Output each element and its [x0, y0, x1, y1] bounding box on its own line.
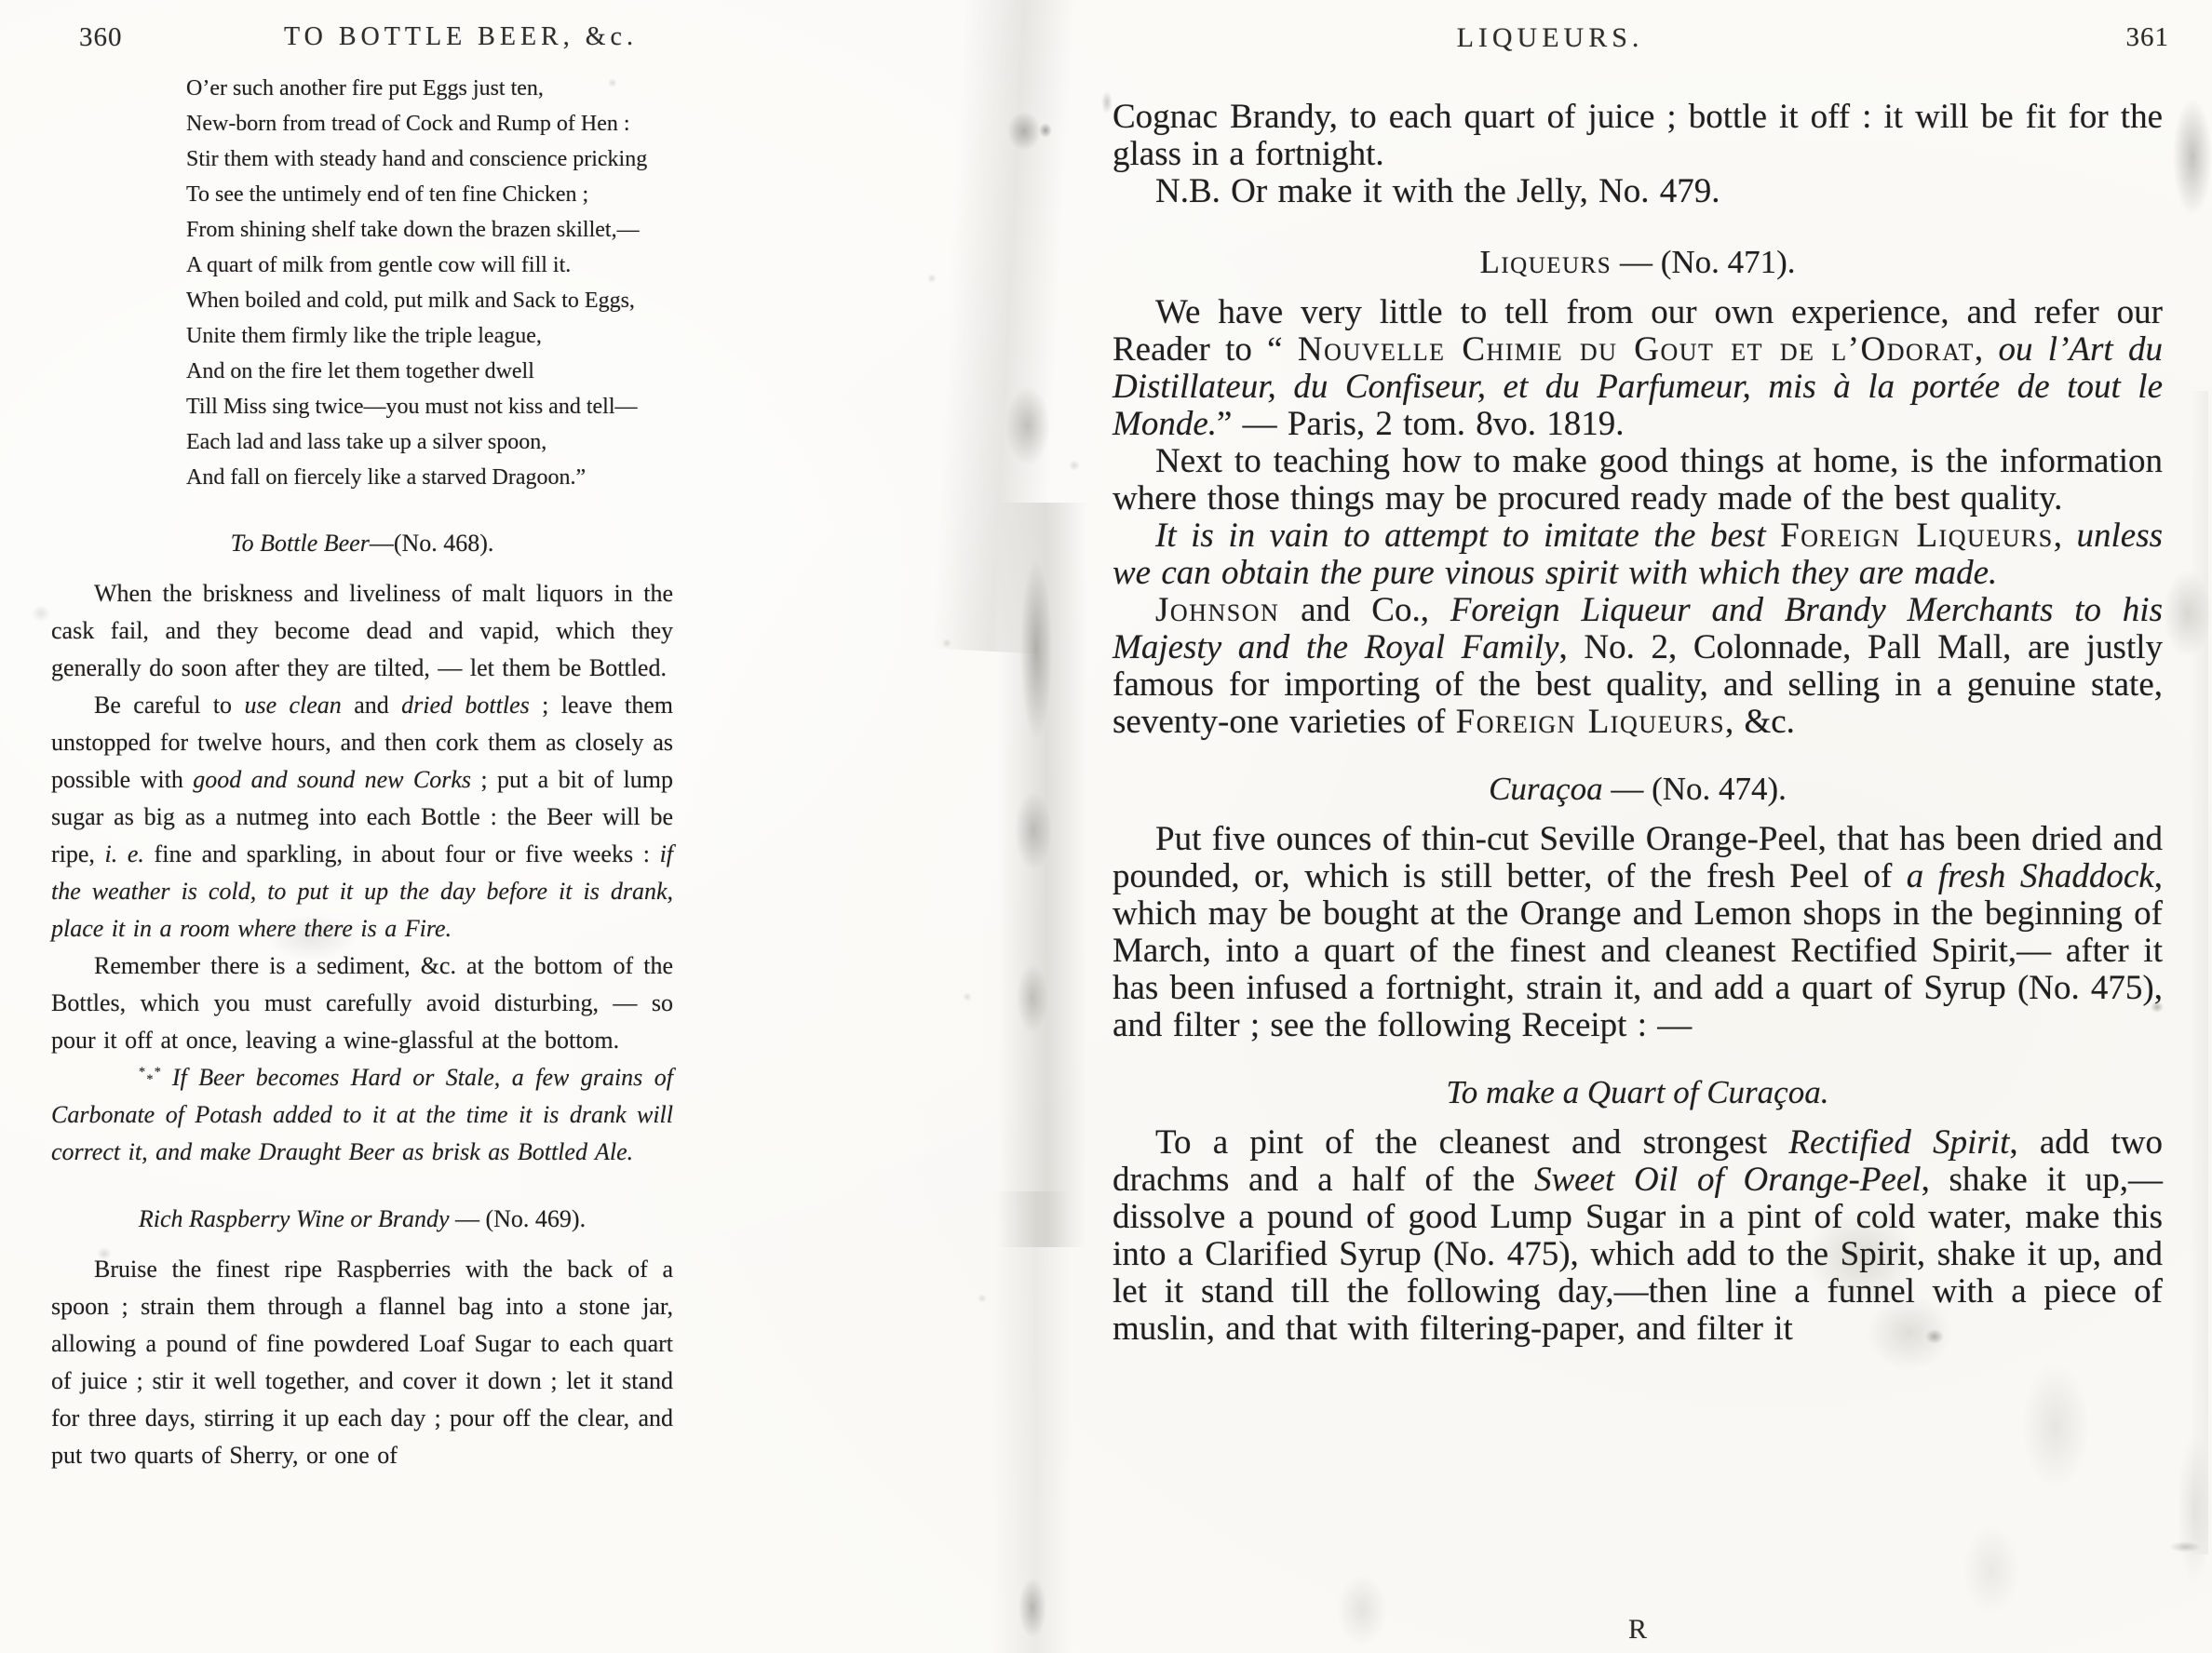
section-heading: Liqueurs — (No. 471). — [1113, 242, 2163, 283]
text-segment: — (No. 471). — [1612, 244, 1795, 280]
stain — [2190, 391, 2208, 1554]
verse-line: O’er such another fire put Eggs just ten… — [186, 71, 673, 106]
right-page: Cognac Brandy, to each quart of juice ; … — [1113, 0, 2163, 1348]
text-segment: Curaçoa — [1489, 771, 1603, 807]
text-segment: Rectified Spirit — [1788, 1123, 2009, 1162]
verse-line: From shining shelf take down the brazen … — [186, 212, 673, 248]
stain — [32, 605, 50, 622]
verse-line: A quart of milk from gentle cow will fil… — [186, 248, 673, 283]
paragraph: * **If Beer becomes Hard or Stale, a few… — [51, 1059, 673, 1171]
stain — [978, 1294, 987, 1303]
text-segment: Foreign Liqueurs — [1456, 703, 1725, 741]
text-segment: and Co., — [1279, 591, 1450, 629]
text-segment: Cognac Brandy, to each quart of juice ; … — [1113, 98, 2163, 173]
text-segment: Next to teaching how to make good things… — [1113, 442, 2163, 517]
paragraph: Remember there is a sediment, &c. at the… — [51, 947, 673, 1059]
stain — [1101, 91, 1113, 114]
gutter-shadow — [992, 1191, 1072, 1653]
verse-line: To see the untimely end of ten fine Chic… — [186, 177, 673, 212]
stain — [2164, 570, 2212, 657]
stain — [1962, 1525, 2020, 1616]
text-segment: When the briskness and liveliness of mal… — [51, 580, 673, 681]
gutter-shadow — [998, 503, 1086, 1247]
gutter-shadow — [930, 0, 1078, 654]
section-heading: To Bottle Beer—(No. 468). — [51, 523, 673, 564]
stain — [1007, 112, 1041, 151]
text-segment: Be careful to — [94, 692, 244, 719]
verse-line: And on the fire let them together dwell — [186, 354, 673, 389]
text-segment: Bruise the finest ripe Raspberries with … — [51, 1256, 673, 1469]
text-segment: good and sound new Corks — [193, 766, 471, 793]
text-segment: — (No. 469). — [450, 1205, 587, 1232]
verse-line: And fall on fiercely like a starved Drag… — [186, 460, 673, 495]
text-segment: N.B. Or make it with the Jelly, No. 479. — [1155, 172, 1720, 210]
paragraph: Cognac Brandy, to each quart of juice ; … — [1113, 99, 2163, 173]
asterism-mark: * ** — [96, 1069, 163, 1084]
text-segment: ” — Paris, 2 tom. 8vo. 1819. — [1217, 405, 1624, 443]
stain — [963, 992, 972, 1001]
text-segment: To make a Quart of Curaçoa. — [1447, 1074, 1829, 1110]
text-segment: Liqueurs — [1479, 244, 1612, 280]
stain — [1069, 460, 1080, 471]
text-segment: use clean — [244, 692, 341, 719]
text-segment: i. e. — [105, 840, 144, 867]
text-segment: , — [1975, 330, 1999, 369]
verse-line: Each lad and lass take up a silver spoon… — [186, 424, 673, 460]
stain — [1005, 386, 1050, 465]
paragraph: Next to teaching how to make good things… — [1113, 443, 2163, 517]
text-segment: , &c. — [1725, 703, 1795, 741]
stain — [1017, 963, 1048, 1033]
stain — [942, 638, 951, 648]
paragraph: Be careful to use clean and dried bottle… — [51, 687, 673, 947]
text-segment: To a pint of the cleanest and strongest — [1155, 1123, 1788, 1162]
stain — [1039, 123, 1052, 138]
text-segment: Sweet Oil of Orange-Peel — [1534, 1161, 1922, 1199]
text-segment: Remember there is a sediment, &c. at the… — [51, 952, 673, 1054]
paragraph: To a pint of the cleanest and strongest … — [1113, 1124, 2163, 1348]
text-segment: —(No. 468). — [370, 530, 494, 557]
section-heading: To make a Quart of Curaçoa. — [1113, 1072, 2163, 1113]
verse-line: Till Miss sing twice—you must not kiss a… — [186, 389, 673, 424]
left-page: O’er such another fire put Eggs just ten… — [51, 0, 673, 1474]
paragraph: It is in vain to attempt to imitate the … — [1113, 517, 2163, 592]
stain — [927, 274, 937, 283]
stain — [2022, 1364, 2089, 1489]
stain — [1020, 558, 1052, 740]
text-segment: It is in vain to attempt to imitate the … — [1155, 517, 1780, 555]
stain — [2169, 1541, 2201, 1552]
signature-mark: R — [1113, 1614, 2163, 1646]
verse-block: O’er such another fire put Eggs just ten… — [186, 71, 673, 495]
stain — [2173, 99, 2212, 216]
section-heading: Curaçoa — (No. 474). — [1113, 769, 2163, 810]
text-segment: — (No. 474). — [1603, 771, 1787, 807]
paragraph: Put five ounces of thin-cut Seville Oran… — [1113, 821, 2163, 1044]
stain — [2177, 1433, 2212, 1587]
paragraph: When the briskness and liveliness of mal… — [51, 575, 673, 687]
section-heading: Rich Raspberry Wine or Brandy — (No. 469… — [51, 1199, 673, 1240]
stain — [1018, 1578, 1046, 1638]
text-segment: dried bottles — [401, 692, 530, 719]
verse-line: New-born from tread of Cock and Rump of … — [186, 106, 673, 141]
paragraph: Johnson and Co., Foreign Liqueur and Bra… — [1113, 592, 2163, 741]
text-segment: To Bottle Beer — [231, 530, 370, 557]
verse-line: When boiled and cold, put milk and Sack … — [186, 283, 673, 318]
paragraph: Bruise the finest ripe Raspberries with … — [51, 1251, 673, 1474]
text-segment: fine and sparkling, in about four or fiv… — [144, 840, 660, 867]
text-segment: a fresh Shaddock — [1907, 857, 2154, 895]
paragraph: We have very little to tell from our own… — [1113, 294, 2163, 443]
text-segment: Nouvelle Chimie du Gout et de l’Odorat — [1298, 330, 1975, 369]
verse-line: Unite them firmly like the triple league… — [186, 318, 673, 354]
text-segment: Johnson — [1155, 591, 1279, 629]
asterism-row: * — [96, 1077, 163, 1084]
text-segment: , — [2054, 517, 2077, 555]
paragraph: N.B. Or make it with the Jelly, No. 479. — [1113, 173, 2163, 210]
stain — [1015, 791, 1052, 870]
text-segment: Rich Raspberry Wine or Brandy — [139, 1205, 450, 1232]
text-segment: and — [342, 692, 401, 719]
verse-line: Stir them with steady hand and conscienc… — [186, 141, 673, 177]
text-segment: Foreign Liqueurs — [1780, 517, 2054, 555]
